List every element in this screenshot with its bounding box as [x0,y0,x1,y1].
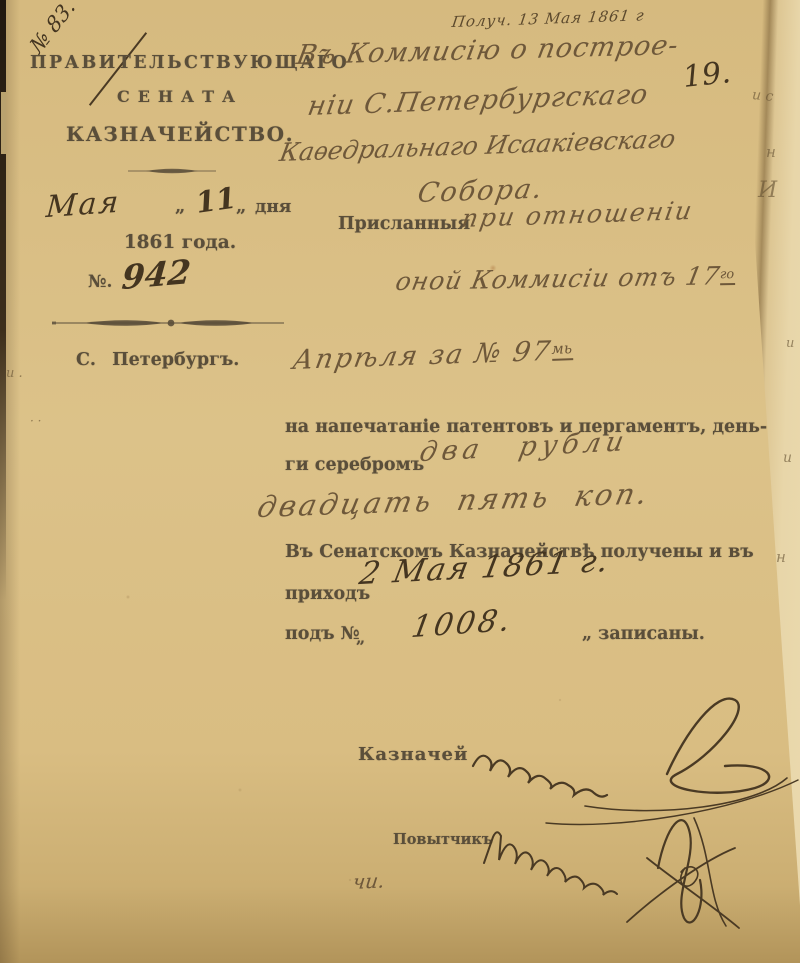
margin-fragment-3: И [758,178,777,203]
small-ornament-divider [128,166,216,176]
reference-line-2: Апрѣля за № 97мь [293,335,574,376]
address-line-1: Въ Коммисію о построе- [294,30,681,71]
margin-fragment-1: и с [751,87,774,105]
number-label: №. [88,272,112,292]
reference-handwritten: оной Коммисіи отъ 17 [393,261,722,296]
entry-number-handwritten: 1008. [409,603,516,646]
letterhead-line2: СЕНАТА [30,87,330,106]
address-line-3: Каѳедральнаго Исаакіевскаго [277,124,677,167]
photo-left-edge [0,0,6,600]
quote-mark: „ [356,628,365,647]
margin-fragment-6: н [776,548,786,566]
body-printed-2: ги серебромъ [285,455,424,475]
left-margin-mark: и . [6,366,23,381]
margin-fragment-5: и [783,450,792,466]
letterhead-line1: ПРАВИТЕЛЬСТВУЮЩАГО [30,53,330,73]
bottom-right-flourish [615,840,750,935]
document-photo: № 83. Получ. 13 Мая 1861 г 19. ПРАВИТЕЛЬ… [0,0,800,963]
margin-fragment-2: н [766,143,776,161]
treasurer-label: Казначей [358,744,468,765]
body-printed-5: подъ № [285,624,360,644]
reference-superscript: го [720,267,736,285]
page-number: 19. [681,55,732,95]
address-line-2: ніи С.Петербургскаго [305,79,651,122]
body-printed-6: „ записаны. [582,624,705,644]
bottom-small-note: чи. [352,868,387,894]
received-note: Получ. 13 Мая 1861 г [451,6,646,31]
date-day-handwritten: 11 [194,181,239,220]
date-open-quote: „ [175,196,185,217]
date-word-printed: дня [255,197,291,217]
city-line: С. Петербургъ. [76,350,239,370]
left-margin-mark2: · · [30,414,41,428]
date-close-quote: „ [236,196,246,217]
sent-label-printed: Присланныя [338,214,470,234]
ornament-rule [52,316,284,330]
reference2-handwritten: Апрѣля за № 97 [290,336,554,376]
amount-handwritten-2: двадцать пять коп. [254,476,653,524]
number-handwritten: 942 [120,252,192,297]
date-month-handwritten: Мая [45,185,122,225]
photo-left-paper-sliver [1,92,6,154]
corner-filing-number: № 83. [25,0,79,58]
reference-line: оной Коммисіи отъ 17го [396,261,736,296]
year-line: 1861 года. [70,232,290,253]
reference2-superscript: мь [551,339,573,361]
margin-fragment-4: и [786,336,794,351]
